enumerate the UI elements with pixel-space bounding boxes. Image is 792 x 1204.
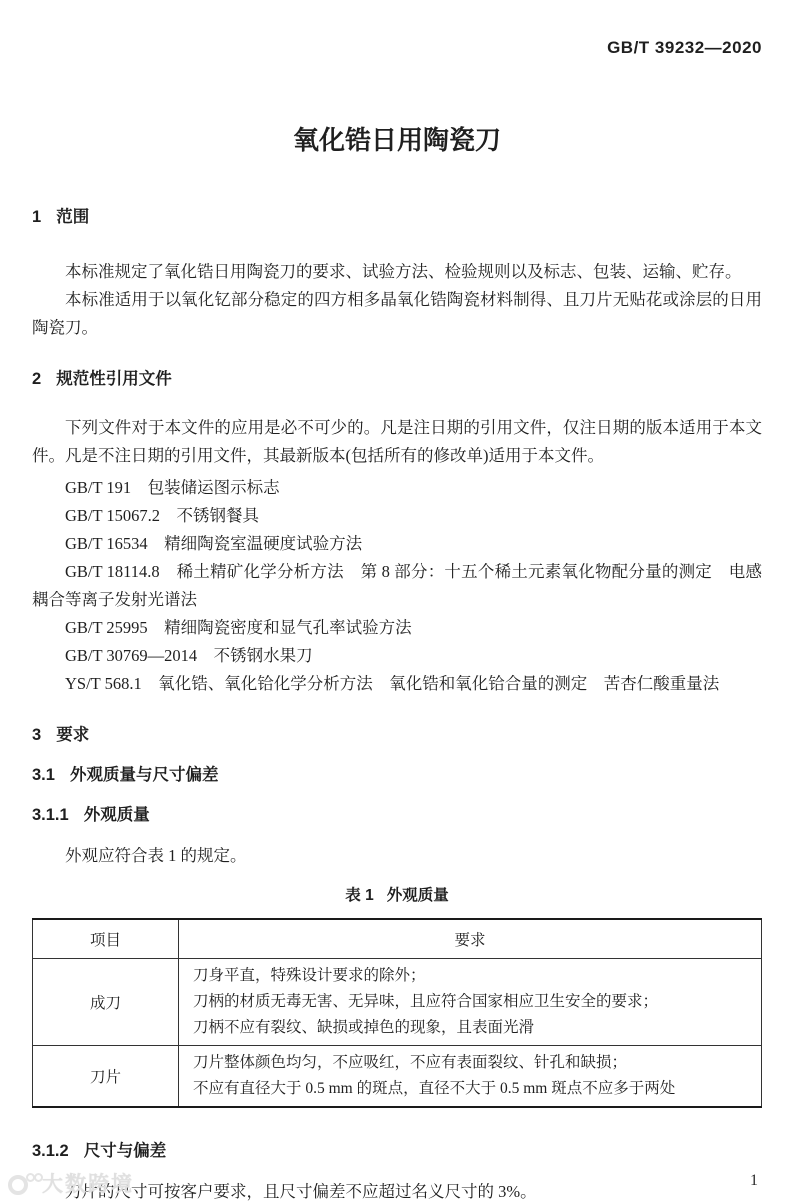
- section-title: 规范性引用文件: [56, 370, 172, 388]
- standard-code: GB/T 39232—2020: [32, 38, 762, 58]
- reference-item: GB/T 25995 精细陶瓷密度和显气孔率试验方法: [32, 614, 762, 642]
- watermark-text: 大数跨境: [42, 1168, 134, 1198]
- section-number: 3.1.2: [32, 1140, 69, 1162]
- reference-item: GB/T 16534 精细陶瓷室温硬度试验方法: [32, 530, 762, 558]
- section-heading-3-1-1: 3.1.1外观质量: [32, 804, 762, 826]
- section-title: 要求: [56, 726, 89, 744]
- column-header-requirement: 要求: [179, 919, 762, 959]
- section-title: 尺寸与偏差: [84, 1142, 167, 1160]
- table-caption-label: 表 1: [345, 886, 373, 906]
- section-title: 范围: [56, 208, 89, 226]
- requirement-line: 刀片整体颜色均匀，不应吸红，不应有表面裂纹、针孔和缺损；: [193, 1050, 747, 1076]
- requirement-line: 刀柄的材质无毒无害、无异味，且应符合国家相应卫生安全的要求；: [193, 989, 747, 1015]
- section-number: 3: [32, 724, 41, 746]
- requirement-line: 刀身平直，特殊设计要求的除外；: [193, 963, 747, 989]
- table-row: 刀片 刀片整体颜色均匀，不应吸红，不应有表面裂纹、针孔和缺损； 不应有直径大于 …: [33, 1046, 762, 1108]
- section-title: 外观质量: [84, 806, 150, 824]
- reference-item: GB/T 15067.2 不锈钢餐具: [32, 502, 762, 530]
- table-caption-title: 外观质量: [387, 887, 449, 904]
- table-cell-item: 成刀: [33, 959, 179, 1046]
- page-number: 1: [750, 1172, 758, 1190]
- reference-item: GB/T 18114.8 稀土精矿化学分析方法 第 8 部分：十五个稀土元素氧化…: [32, 558, 762, 614]
- section-heading-3: 3要求: [32, 724, 762, 746]
- column-header-item: 项目: [33, 919, 179, 959]
- requirement-line: 不应有直径大于 0.5 mm 的斑点，直径不大于 0.5 mm 斑点不应多于两处: [193, 1076, 747, 1102]
- table-caption: 表 1外观质量: [32, 886, 762, 906]
- paragraph-refs-intro: 下列文件对于本文件的应用是必不可少的。凡是注日期的引用文件，仅注日期的版本适用于…: [32, 414, 762, 470]
- section-heading-1: 1范围: [32, 206, 762, 228]
- section-number: 2: [32, 368, 41, 390]
- document-title: 氧化锆日用陶瓷刀: [32, 122, 762, 158]
- watermark: 大数跨境: [8, 1168, 134, 1198]
- table-header-row: 项目 要求: [33, 919, 762, 959]
- section-number: 1: [32, 206, 41, 228]
- section-number: 3.1: [32, 764, 55, 786]
- section-number: 3.1.1: [32, 804, 69, 826]
- normative-references-list: GB/T 191 包装储运图示标志 GB/T 15067.2 不锈钢餐具 GB/…: [32, 474, 762, 698]
- section-title: 外观质量与尺寸偏差: [70, 766, 219, 784]
- table-cell-requirement: 刀身平直，特殊设计要求的除外； 刀柄的材质无毒无害、无异味，且应符合国家相应卫生…: [179, 959, 762, 1046]
- paragraph-scope-1: 本标准规定了氧化锆日用陶瓷刀的要求、试验方法、检验规则以及标志、包装、运输、贮存…: [32, 258, 762, 286]
- table-row: 成刀 刀身平直，特殊设计要求的除外； 刀柄的材质无毒无害、无异味，且应符合国家相…: [33, 959, 762, 1046]
- reference-item: GB/T 30769—2014 不锈钢水果刀: [32, 642, 762, 670]
- reference-item: GB/T 191 包装储运图示标志: [32, 474, 762, 502]
- appearance-quality-table: 项目 要求 成刀 刀身平直，特殊设计要求的除外； 刀柄的材质无毒无害、无异味，且…: [32, 918, 762, 1108]
- paragraph-appearance: 外观应符合表 1 的规定。: [32, 842, 762, 870]
- section-heading-3-1: 3.1外观质量与尺寸偏差: [32, 764, 762, 786]
- section-heading-3-1-2: 3.1.2尺寸与偏差: [32, 1140, 762, 1162]
- reference-item: YS/T 568.1 氧化锆、氧化铪化学分析方法 氧化锆和氧化铪合量的测定 苦杏…: [32, 670, 762, 698]
- document-page: GB/T 39232—2020 氧化锆日用陶瓷刀 1范围 本标准规定了氧化锆日用…: [0, 0, 792, 1204]
- paragraph-dimension: 刀片的尺寸可按客户要求，且尺寸偏差不应超过名义尺寸的 3%。: [32, 1178, 762, 1204]
- section-heading-2: 2规范性引用文件: [32, 368, 762, 390]
- watermark-logo-icon: [8, 1171, 38, 1195]
- paragraph-scope-2: 本标准适用于以氧化钇部分稳定的四方相多晶氧化锆陶瓷材料制得、且刀片无贴花或涂层的…: [32, 286, 762, 342]
- table-cell-item: 刀片: [33, 1046, 179, 1108]
- requirement-line: 刀柄不应有裂纹、缺损或掉色的现象，且表面光滑: [193, 1015, 747, 1041]
- table-cell-requirement: 刀片整体颜色均匀，不应吸红，不应有表面裂纹、针孔和缺损； 不应有直径大于 0.5…: [179, 1046, 762, 1108]
